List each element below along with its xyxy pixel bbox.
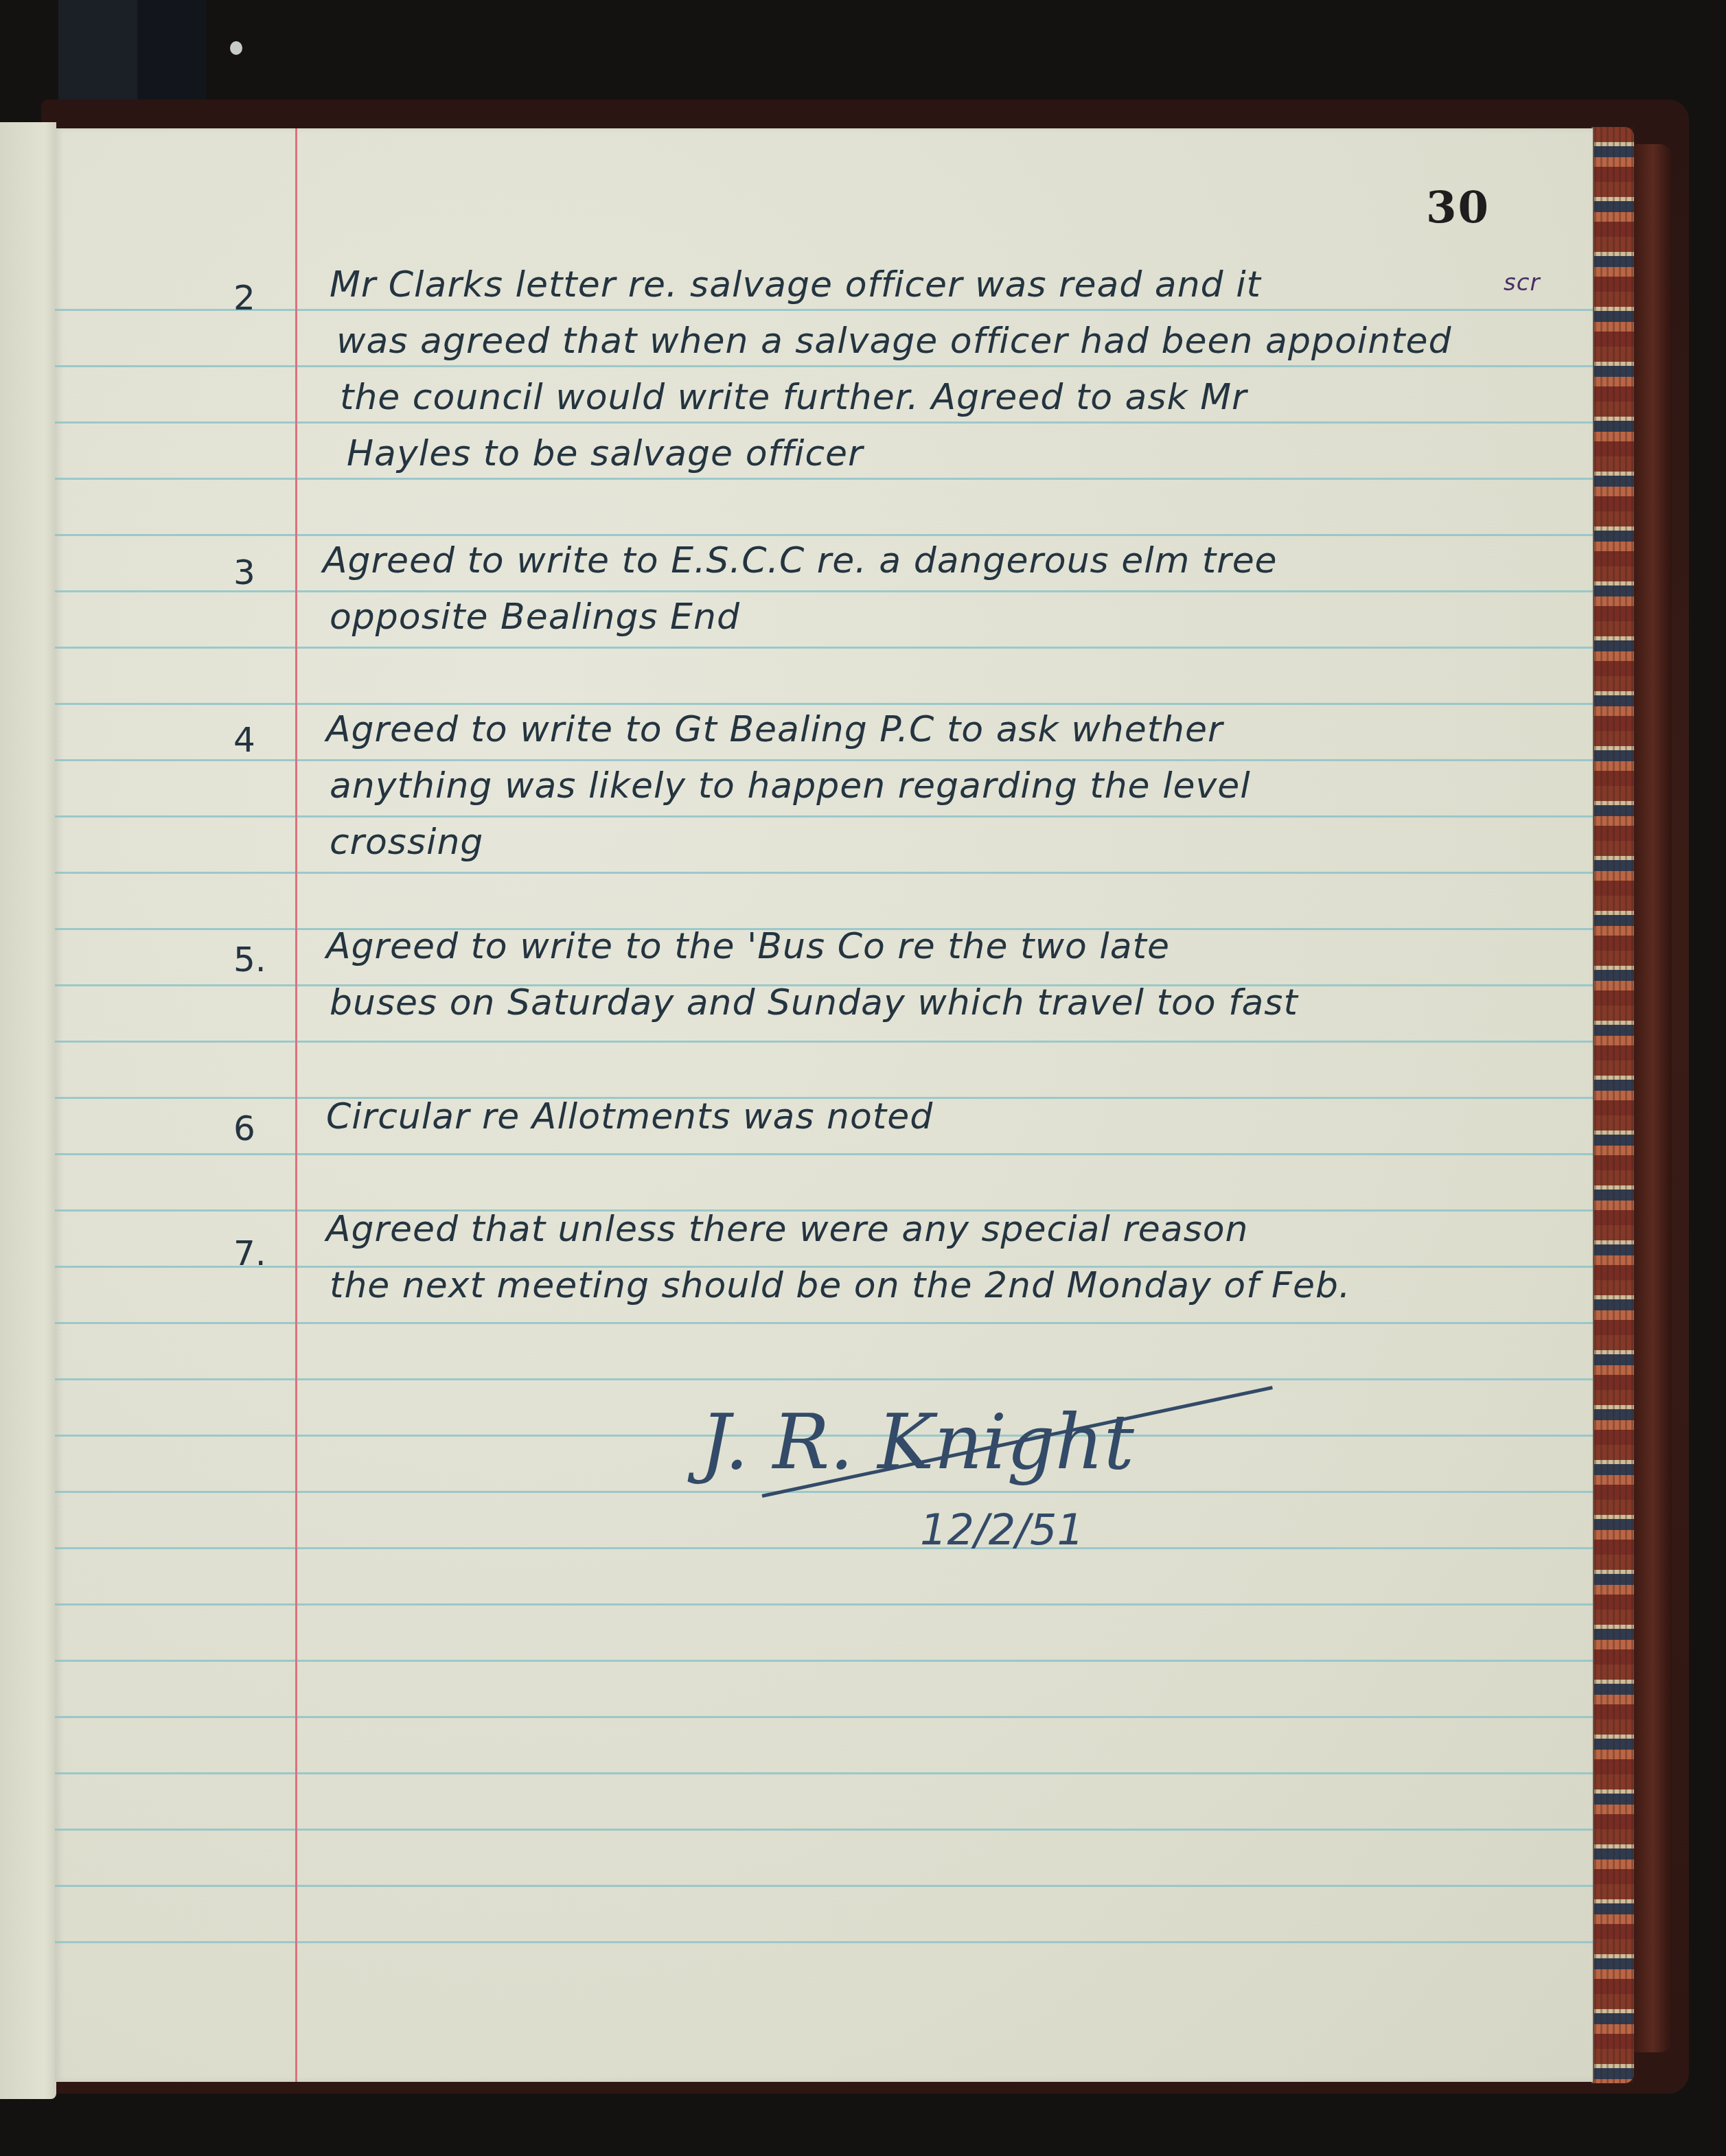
- rule-line: [55, 421, 1593, 424]
- rule-line: [55, 1716, 1593, 1718]
- item-number: 4: [233, 720, 255, 760]
- item-line: Mr Clarks letter re. salvage officer was…: [330, 264, 1261, 305]
- item-number: 5.: [233, 940, 266, 980]
- rule-line: [55, 1153, 1593, 1155]
- item-number: 6: [233, 1109, 255, 1148]
- signature-name: J. R. Knight: [700, 1398, 1134, 1486]
- margin-line: [295, 128, 297, 2082]
- ledger-page: 30 2 Mr Clarks letter re. salvage office…: [55, 128, 1593, 2082]
- rule-line: [55, 478, 1593, 480]
- page-number: 30: [1426, 182, 1490, 233]
- item-line: Agreed that unless there were any specia…: [326, 1209, 1249, 1250]
- rule-line: [55, 590, 1593, 592]
- rule-line: [55, 1941, 1593, 1943]
- item-number: 2: [233, 278, 255, 318]
- rule-line: [55, 703, 1593, 705]
- item-line: crossing: [330, 822, 483, 863]
- rule-line: [55, 759, 1593, 761]
- rule-line: [55, 1603, 1593, 1606]
- rule-line: [55, 1829, 1593, 1831]
- pin-mark: [230, 41, 242, 55]
- item-line: buses on Saturday and Sunday which trave…: [330, 982, 1298, 1023]
- item-number: 7.: [233, 1233, 266, 1273]
- rule-line: [55, 1660, 1593, 1662]
- item-line: Agreed to write to the 'Bus Co re the tw…: [326, 926, 1170, 967]
- item-line: anything was likely to happen regarding …: [330, 765, 1251, 807]
- rule-line: [55, 1322, 1593, 1324]
- item-line: the council would write further. Agreed …: [340, 377, 1247, 418]
- item-line: opposite Bealings End: [330, 596, 740, 638]
- rule-line: [55, 534, 1593, 536]
- item-line: Agreed to write to Gt Bealing P.C to ask…: [326, 709, 1223, 750]
- rule-line: [55, 1378, 1593, 1380]
- item-line: Circular re Allotments was noted: [326, 1096, 933, 1137]
- item-line: was agreed that when a salvage officer h…: [336, 321, 1452, 362]
- rule-line: [55, 647, 1593, 649]
- cover-edge: [1634, 144, 1672, 2052]
- marbled-page-edge: [1591, 127, 1634, 2083]
- item-line: the next meeting should be on the 2nd Mo…: [330, 1265, 1350, 1306]
- rule-line: [55, 1772, 1593, 1774]
- margin-note: scr: [1504, 269, 1540, 297]
- rule-line: [55, 1885, 1593, 1887]
- item-line: Hayles to be salvage officer: [347, 433, 863, 474]
- facing-page: [0, 122, 56, 2099]
- rule-line: [55, 872, 1593, 874]
- rule-line: [55, 365, 1593, 367]
- item-number: 3: [233, 553, 255, 592]
- rule-line: [55, 1041, 1593, 1043]
- item-line: Agreed to write to E.S.C.C re. a dangero…: [323, 540, 1278, 581]
- rule-line: [55, 309, 1593, 311]
- rule-line: [55, 815, 1593, 818]
- signature-block: J. R. Knight 12/2/51: [645, 1391, 1263, 1570]
- signature-date: 12/2/51: [920, 1505, 1084, 1555]
